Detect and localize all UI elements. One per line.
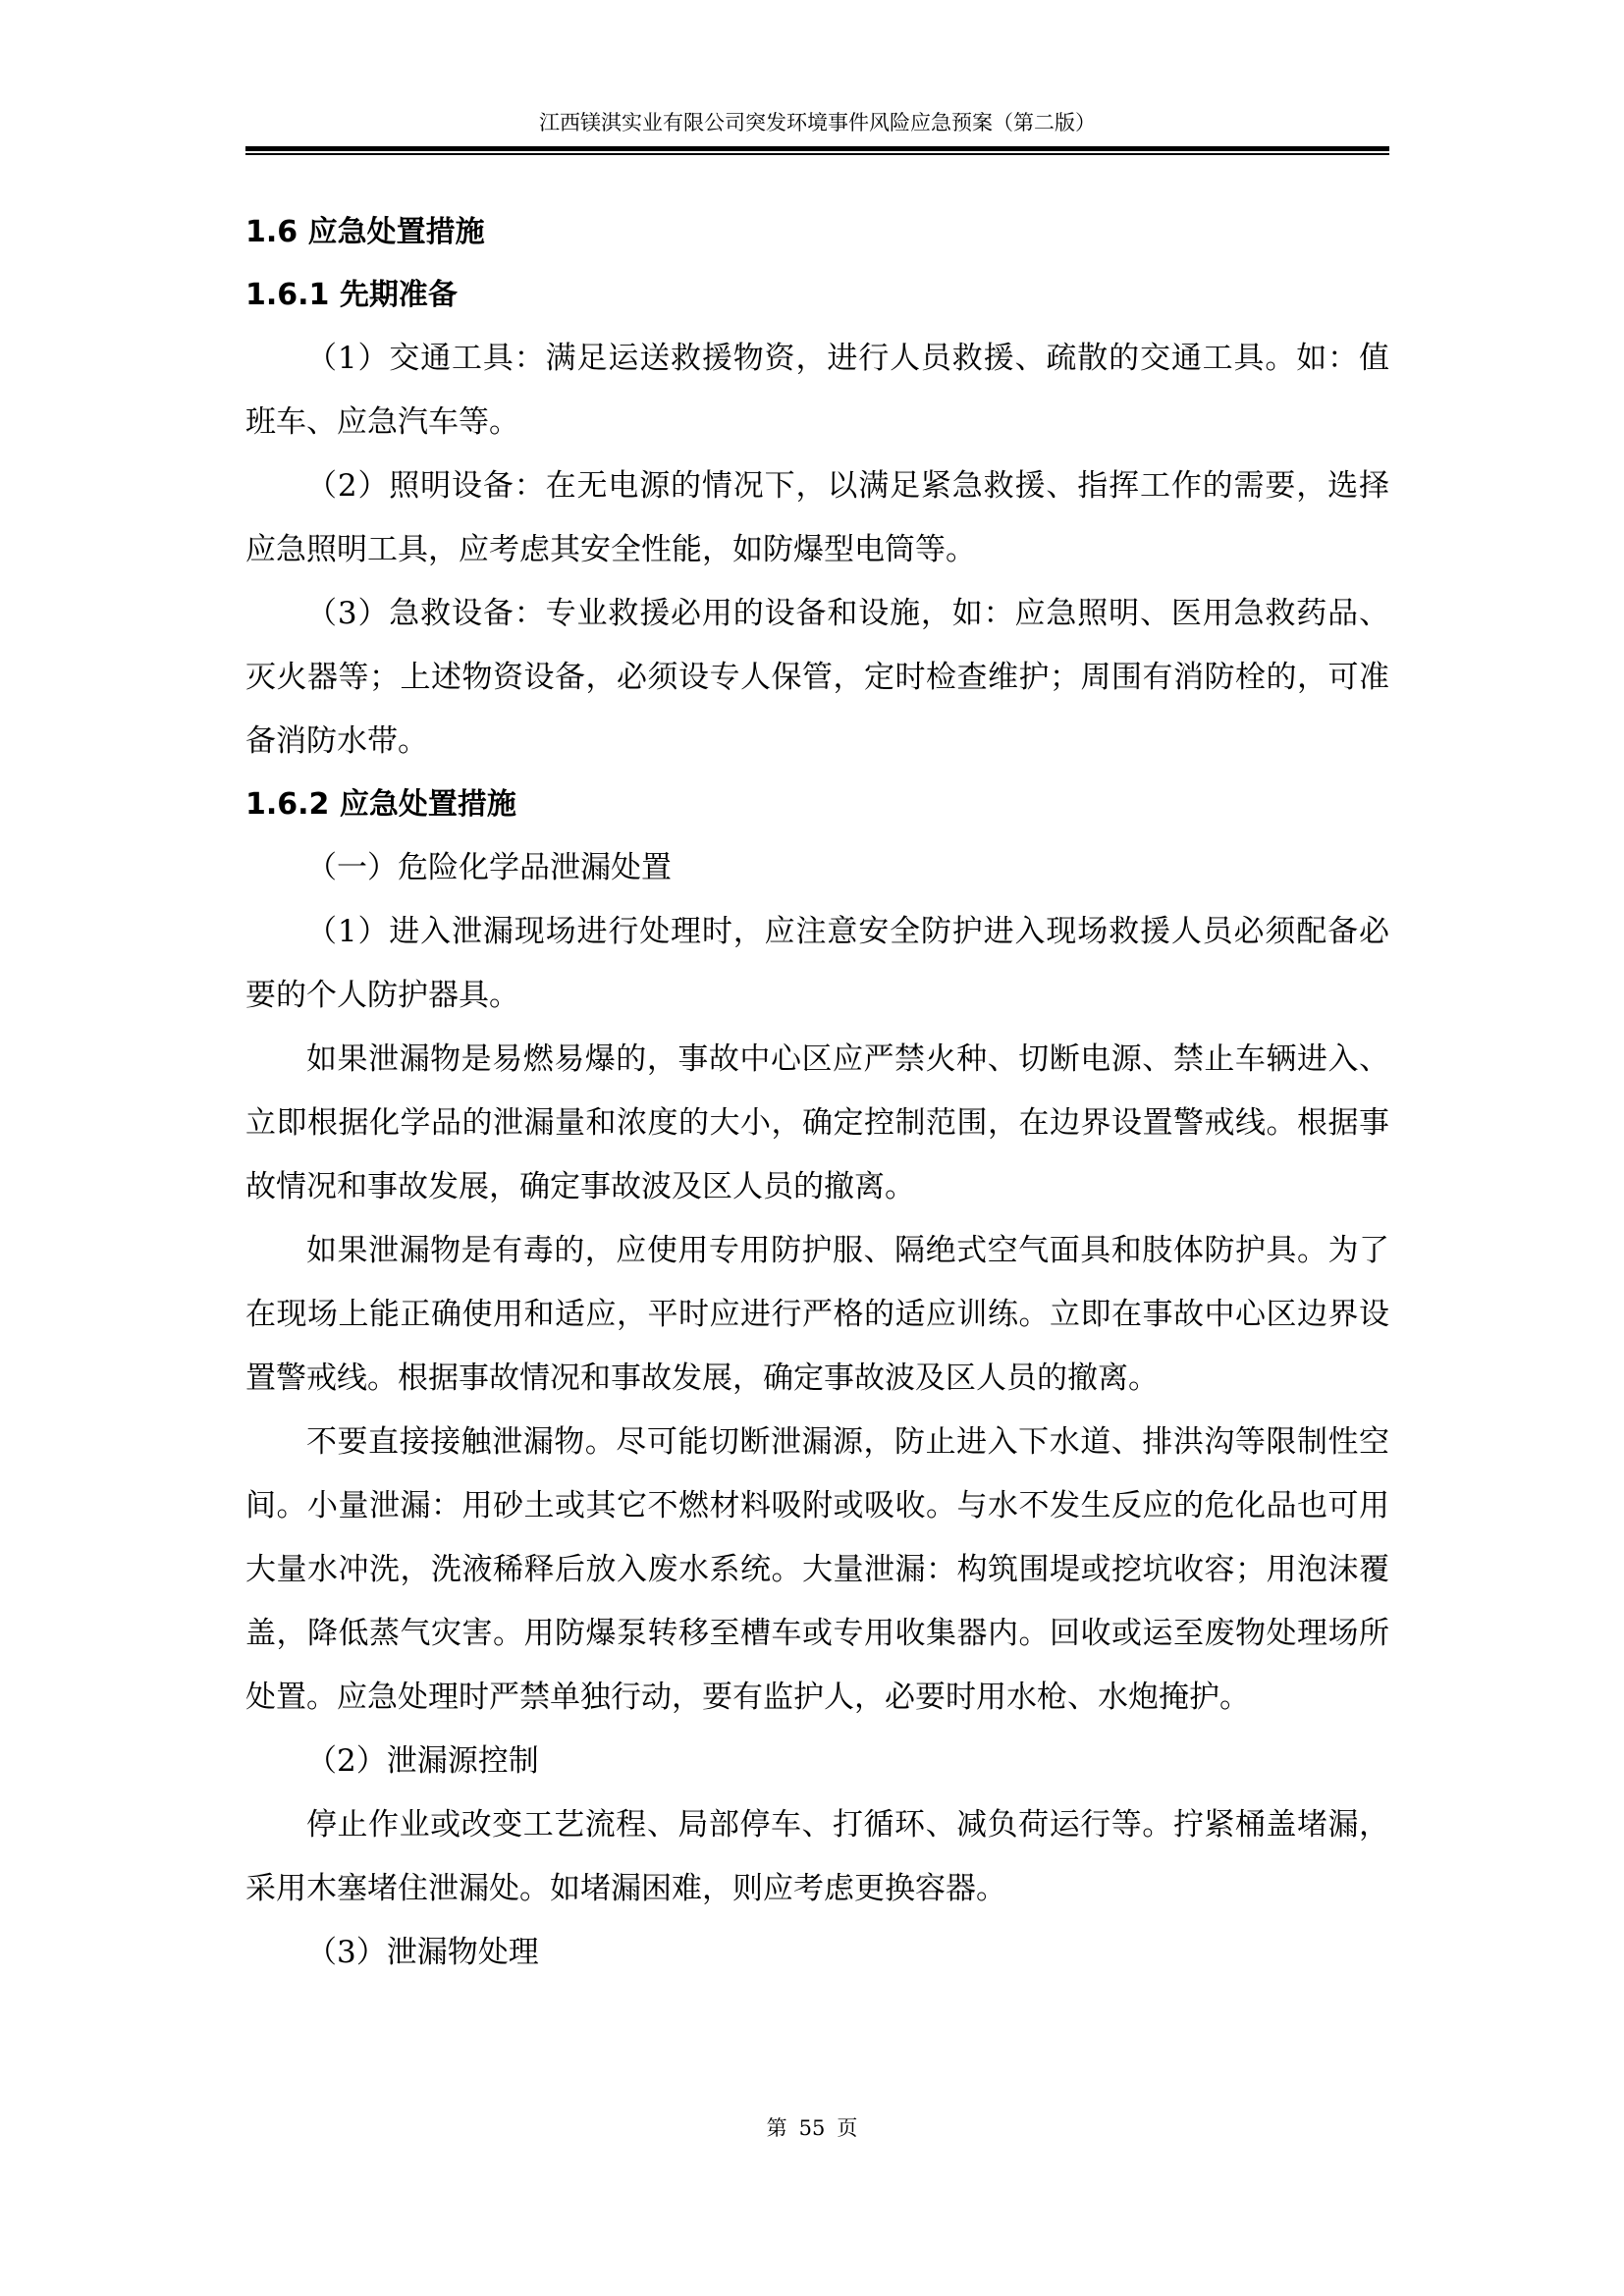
page-header-title: 江西镁淇实业有限公司突发环境事件风险应急预案（第二版） [245,108,1389,137]
page-number: 55 [799,2116,826,2140]
subheading-leak-source-control: （2）泄漏源控制 [245,1730,1389,1793]
page-number-suffix: 页 [837,2116,857,2140]
section-heading-1-6-2: 1.6.2 应急处置措施 [245,774,1389,836]
section-heading-1-6-1: 1.6.1 先期准备 [245,264,1389,327]
page-footer: 第55页 [0,2113,1624,2143]
paragraph-lighting-equipment: （2）照明设备：在无电源的情况下，以满足紧急救援、指挥工作的需要，选择应急照明工… [245,454,1389,582]
paragraph-protective-equipment: （1）进入泄漏现场进行处理时，应注意安全防护进入现场救援人员必须配备必要的个人防… [245,900,1389,1028]
header-rule-thick [245,146,1389,151]
paragraph-flammable-leak: 如果泄漏物是易燃易爆的，事故中心区应严禁火种、切断电源、禁止车辆进入、立即根据化… [245,1028,1389,1219]
paragraph-transport-tools: （1）交通工具：满足运送救援物资，进行人员救援、疏散的交通工具。如：值班车、应急… [245,327,1389,454]
paragraph-leak-handling: 不要直接接触泄漏物。尽可能切断泄漏源，防止进入下水道、排洪沟等限制性空间。小量泄… [245,1411,1389,1730]
paragraph-first-aid-equipment: （3）急救设备：专业救援必用的设备和设施，如：应急照明、医用急救药品、灭火器等；… [245,582,1389,774]
section-heading-1-6: 1.6 应急处置措施 [245,201,1389,264]
page-number-prefix: 第 [767,2116,787,2140]
paragraph-leak-source-control: 停止作业或改变工艺流程、局部停车、打循环、减负荷运行等。拧紧桶盖堵漏，采用木塞堵… [245,1793,1389,1921]
subheading-leak-disposal: （3）泄漏物处理 [245,1921,1389,1985]
paragraph-toxic-leak: 如果泄漏物是有毒的，应使用专用防护服、隔绝式空气面具和肢体防护具。为了在现场上能… [245,1219,1389,1411]
subheading-chemical-leak: （一）危险化学品泄漏处置 [245,836,1389,900]
header-rule-thin [245,153,1389,155]
document-body: 1.6 应急处置措施 1.6.1 先期准备 （1）交通工具：满足运送救援物资，进… [245,201,1389,1985]
